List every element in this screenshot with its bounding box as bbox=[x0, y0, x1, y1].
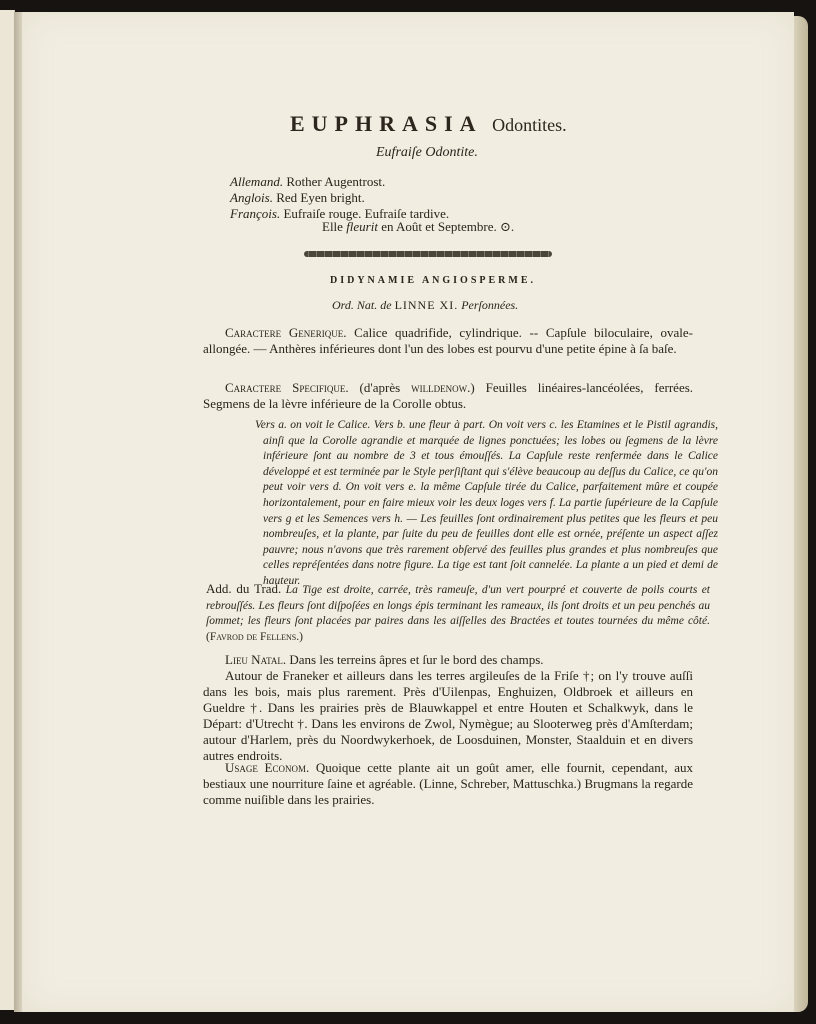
language-label: Allemand. bbox=[230, 174, 283, 189]
natural-order: Ord. Nat. de LINNE XI. Perſonnées. bbox=[332, 298, 518, 313]
section-text: Dans les terreins âpres et ſur le bord d… bbox=[289, 652, 543, 667]
book-gutter bbox=[14, 12, 22, 1012]
order-name: Perſonnées. bbox=[461, 298, 518, 312]
common-name: Rother Augentrost. bbox=[286, 174, 385, 189]
locations-text: Autour de Franeker et ailleurs dans les … bbox=[203, 668, 693, 763]
flowering-prefix: Elle bbox=[322, 219, 343, 234]
book-page: EUPHRASIA Odontites. Eufraiſe Odontite. … bbox=[22, 12, 794, 1012]
facing-page-edge bbox=[0, 10, 15, 1010]
credit: (Favrod de Fellens.) bbox=[206, 631, 303, 643]
annual-symbol-icon: ⊙. bbox=[500, 219, 514, 234]
native-habitat: Lieu Natal. Dans les terreins âpres et ſ… bbox=[203, 652, 693, 764]
section-label: Usage Econom. bbox=[225, 760, 309, 775]
source-author: willdenow.) bbox=[411, 380, 475, 395]
common-names: Allemand. Rother Augentrost. Anglois. Re… bbox=[230, 174, 449, 222]
order-prefix: Ord. Nat. de bbox=[332, 298, 392, 312]
species-name: Odontites. bbox=[492, 115, 567, 135]
economic-use: Usage Econom. Quoique cette plante ait u… bbox=[203, 760, 693, 808]
linnaean-class: DIDYNAMIE ANGIOSPERME. bbox=[330, 275, 536, 286]
section-label: Add. du Trad. bbox=[206, 581, 281, 596]
common-name-row: Anglois. Red Eyen bright. bbox=[230, 190, 449, 206]
section-label: Caractere Generique. bbox=[225, 325, 346, 340]
french-name: Eufraiſe Odontite. bbox=[376, 145, 478, 161]
flowering-months: en Août et Septembre. bbox=[381, 219, 497, 234]
section-label: Lieu Natal. bbox=[225, 652, 286, 667]
common-name-row: Allemand. Rother Augentrost. bbox=[230, 174, 449, 190]
section-label: Caractere Specifique. bbox=[225, 380, 349, 395]
generic-character: Caractere Generique. Calice quadrifide, … bbox=[203, 325, 693, 357]
common-name: Red Eyen bright. bbox=[276, 190, 364, 205]
specific-character: Caractere Specifique. (d'après willdenow… bbox=[203, 380, 693, 412]
page-title: EUPHRASIA Odontites. bbox=[290, 111, 567, 137]
language-label: François. bbox=[230, 206, 280, 221]
genus-name: EUPHRASIA bbox=[290, 111, 483, 136]
translator-addition: Add. du Trad. La Tige est droite, carrée… bbox=[206, 581, 710, 645]
language-label: Anglois. bbox=[230, 190, 273, 205]
order-author: LINNE XI. bbox=[395, 298, 459, 312]
flowering-line: Elle fleurit en Août et Septembre. ⊙. bbox=[322, 219, 514, 235]
ornamental-divider bbox=[304, 251, 552, 257]
figure-description: Vers a. on voit le Calice. Vers b. une f… bbox=[255, 418, 718, 590]
source-prefix: (d'après bbox=[360, 380, 401, 395]
flowering-verb: fleurit bbox=[346, 219, 378, 234]
section-text: La Tige est droite, carrée, très rameuſe… bbox=[206, 584, 710, 627]
